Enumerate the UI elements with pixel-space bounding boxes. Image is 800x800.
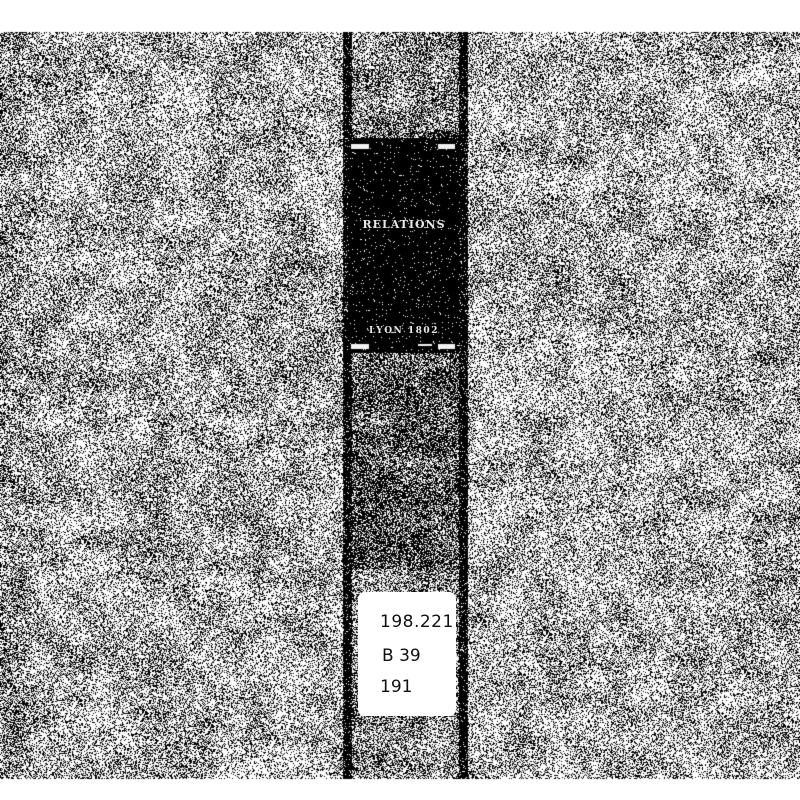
call-number-class: 198.221 bbox=[380, 614, 454, 631]
call-number-label: 198.221 B 39 191 bbox=[358, 592, 456, 716]
spine-title: RELATIONS bbox=[352, 218, 456, 231]
call-number-item: 191 bbox=[380, 679, 412, 696]
call-number-cutter: B 39 bbox=[382, 648, 421, 665]
spine-imprint: LYON 1802 bbox=[352, 326, 456, 336]
